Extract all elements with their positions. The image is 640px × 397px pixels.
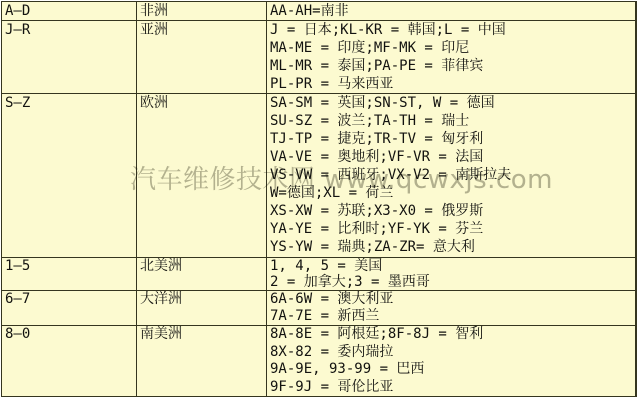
code-line: 2 = 加拿大;3 = 墨西哥 (270, 274, 632, 290)
continent-cell: 南美洲 (137, 326, 267, 397)
continent-cell: 非洲 (137, 2, 267, 21)
vin-region-code-table: A—D 非洲 AA-AH=南非 J—R 亚洲 J = 日本;KL-KR = 韩国… (1, 1, 637, 397)
code-line: ML-MR = 泰国;PA-PE = 菲律宾 (270, 57, 632, 75)
table-row: 6—7 大洋洲 6A-6W = 澳大利亚 7A-7E = 新西兰 (2, 291, 636, 326)
continent-cell: 大洋洲 (137, 291, 267, 326)
table-row: A—D 非洲 AA-AH=南非 (2, 2, 636, 21)
code-line: W=德国;XL = 荷兰 (270, 184, 632, 202)
code-line: 9A-9E, 93-99 = 巴西 (270, 361, 632, 379)
range-cell: J—R (2, 21, 137, 94)
continent-cell: 亚洲 (137, 21, 267, 94)
codes-cell: J = 日本;KL-KR = 韩国;L = 中国 MA-ME = 印度;MF-M… (267, 21, 636, 94)
codes-cell: 6A-6W = 澳大利亚 7A-7E = 新西兰 (267, 291, 636, 326)
code-line: SA-SM = 英国;SN-ST, W = 德国 (270, 94, 632, 112)
range-cell: S—Z (2, 94, 137, 258)
codes-cell: SA-SM = 英国;SN-ST, W = 德国 SU-SZ = 波兰;TA-T… (267, 94, 636, 258)
table-row: S—Z 欧洲 SA-SM = 英国;SN-ST, W = 德国 SU-SZ = … (2, 94, 636, 258)
code-line: TJ-TP = 捷克;TR-TV = 匈牙利 (270, 130, 632, 148)
continent-cell: 欧洲 (137, 94, 267, 258)
code-line: 1, 4, 5 = 美国 (270, 258, 632, 274)
code-line: J = 日本;KL-KR = 韩国;L = 中国 (270, 21, 632, 39)
table-row: 8—0 南美洲 8A-8E = 阿根廷;8F-8J = 智利 8X-82 = 委… (2, 326, 636, 397)
code-line: VA-VE = 奥地利;VF-VR = 法国 (270, 148, 632, 166)
table-row: J—R 亚洲 J = 日本;KL-KR = 韩国;L = 中国 MA-ME = … (2, 21, 636, 94)
code-line: XS-XW = 苏联;X3-X0 = 俄罗斯 (270, 202, 632, 220)
table-row: 1—5 北美洲 1, 4, 5 = 美国 2 = 加拿大;3 = 墨西哥 (2, 258, 636, 291)
code-line: VS-VW = 西班牙;VX-V2 = 南斯拉夫 (270, 166, 632, 184)
code-line: AA-AH=南非 (270, 2, 632, 20)
range-cell: 8—0 (2, 326, 137, 397)
code-line: 9F-9J = 哥伦比亚 (270, 379, 632, 397)
code-line: YS-YW = 瑞典;ZA-ZR= 意大利 (270, 238, 632, 256)
range-cell: 1—5 (2, 258, 137, 291)
code-line: 7A-7E = 新西兰 (270, 308, 632, 325)
range-cell: 6—7 (2, 291, 137, 326)
code-line: PL-PR = 马来西亚 (270, 75, 632, 93)
codes-cell: 8A-8E = 阿根廷;8F-8J = 智利 8X-82 = 委内瑞拉 9A-9… (267, 326, 636, 397)
codes-cell: 1, 4, 5 = 美国 2 = 加拿大;3 = 墨西哥 (267, 258, 636, 291)
codes-cell: AA-AH=南非 (267, 2, 636, 21)
code-line: SU-SZ = 波兰;TA-TH = 瑞士 (270, 112, 632, 130)
code-line: 8X-82 = 委内瑞拉 (270, 344, 632, 362)
code-line: 6A-6W = 澳大利亚 (270, 291, 632, 308)
code-line: 8A-8E = 阿根廷;8F-8J = 智利 (270, 326, 632, 344)
code-line: MA-ME = 印度;MF-MK = 印尼 (270, 39, 632, 57)
vin-code-table-page: A—D 非洲 AA-AH=南非 J—R 亚洲 J = 日本;KL-KR = 韩国… (0, 0, 640, 397)
range-cell: A—D (2, 2, 137, 21)
code-line: YA-YE = 比利时;YF-YK = 芬兰 (270, 220, 632, 238)
continent-cell: 北美洲 (137, 258, 267, 291)
